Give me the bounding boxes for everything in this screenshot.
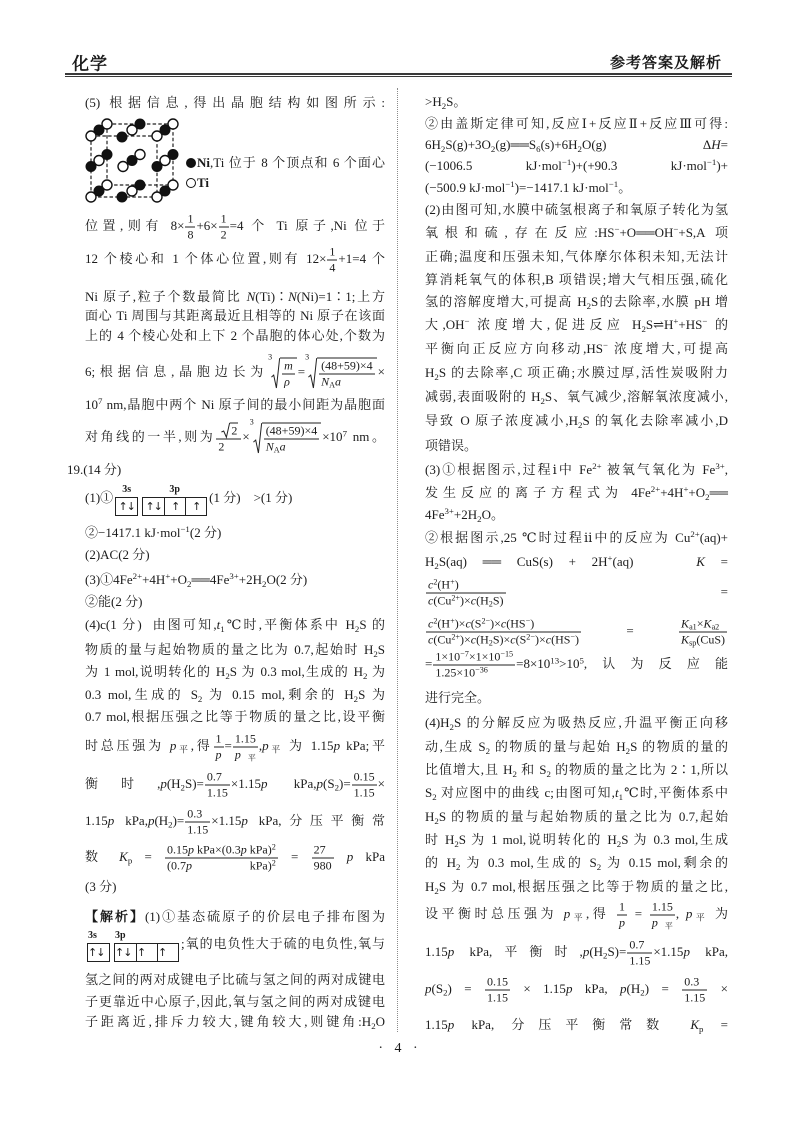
text-line: 的 H2 为 0.3 mol,生成的 S2 为 0.15 mol,剩余的 bbox=[425, 855, 728, 871]
math-variable: p bbox=[619, 916, 625, 930]
text-run: S 为 0.3 mol,生成的 H bbox=[230, 664, 363, 679]
text-run: (H bbox=[627, 981, 641, 996]
text-run: × 1.15 bbox=[511, 981, 566, 996]
text-run: 1 bbox=[187, 212, 193, 226]
ti-atom bbox=[127, 186, 137, 196]
text-run: 1.15 bbox=[487, 991, 508, 1005]
text-run: = bbox=[582, 623, 678, 638]
denominator: 4 bbox=[327, 261, 337, 275]
text-line: H2S(aq) ══ CuS(s) + 2H+(aq) K = bbox=[425, 554, 728, 570]
numerator: 0.15p kPa×(0.3p kPa)2 bbox=[165, 844, 278, 859]
fraction: 1.15p平 bbox=[233, 733, 258, 762]
text-run: 导致 O 原子浓度减小,H bbox=[425, 413, 578, 428]
math-variable: N bbox=[288, 289, 297, 304]
text-line: 正确;温度和压强未知,气体摩尔体积未知,无法计 bbox=[425, 249, 728, 265]
subscript: 2 bbox=[335, 783, 339, 793]
subscript: 2 bbox=[489, 600, 493, 609]
subscript: 2 bbox=[434, 372, 438, 382]
text-run: × bbox=[697, 617, 704, 631]
radical-sign-icon bbox=[221, 423, 230, 438]
denominator: Ksp(CuS) bbox=[679, 633, 727, 647]
text-line: 6;根据信息,晶胞边长为3mρ=3(48+59)×4NAa× bbox=[85, 358, 385, 389]
text-run: O。 bbox=[482, 507, 504, 522]
math-variable: H bbox=[711, 137, 720, 152]
text-run: ℃时,平衡体系中 H bbox=[225, 617, 355, 632]
numerator: 1.15 bbox=[650, 901, 675, 916]
text-line: 6H2S(g)+3O2(g)══S6(s)+6H2O(g) ΔH= bbox=[425, 137, 728, 153]
superscript: − bbox=[673, 224, 678, 234]
subscript: 1 bbox=[619, 792, 623, 802]
ti-atom bbox=[86, 192, 96, 202]
text-run: = bbox=[628, 906, 649, 921]
subscript: 平 bbox=[241, 754, 256, 763]
text-run: (s)+6H bbox=[541, 137, 578, 152]
text-run: +O bbox=[688, 485, 705, 500]
text-run: (0.7 bbox=[167, 859, 186, 873]
math-variable: m bbox=[284, 359, 293, 373]
text-run: 平衡向正反应方向移动,HS bbox=[425, 341, 603, 356]
numerator: 1.15 bbox=[233, 733, 258, 748]
text-run: +O bbox=[170, 572, 187, 587]
text-run: (3)①根据图示,过程ⅰ中 Fe bbox=[425, 462, 592, 477]
text-line: 发生反应的离子方程式为 4Fe2++4H++O2══ bbox=[425, 485, 728, 501]
subscript: 2 bbox=[640, 988, 644, 998]
text-run: ×1.15 bbox=[653, 944, 683, 959]
subscript: A bbox=[329, 381, 335, 390]
superscript: 2− bbox=[481, 616, 490, 625]
subscript: 1 bbox=[220, 624, 224, 634]
text-line: (4)c(1 分) 由图可知,t1℃时,平衡体系中 H2S 的 bbox=[85, 617, 385, 633]
text-run: 的 H bbox=[425, 855, 456, 870]
text-run: kPa,分压平衡常 bbox=[248, 813, 385, 828]
text-run: ℃时,平衡体系中 bbox=[623, 785, 728, 800]
math-variable: p bbox=[262, 738, 269, 753]
orbital-group: 3p↑↓↑↑ bbox=[142, 497, 207, 516]
superscript: + bbox=[165, 571, 170, 581]
orbital-box: ↑↓ bbox=[143, 498, 164, 515]
text-run: )× bbox=[490, 617, 501, 631]
numerator: Ka1×Ka2 bbox=[679, 618, 727, 633]
text-run: kPa, 分压平衡常数 bbox=[454, 1017, 690, 1032]
text-run: 1.15 bbox=[425, 1017, 448, 1032]
text-run: ) bbox=[530, 617, 534, 631]
text-run: ) bbox=[575, 633, 579, 647]
text-run: S)= bbox=[185, 776, 204, 791]
text-run: 位置,则有 8× bbox=[85, 218, 184, 233]
text-line: 4Fe3++2H2O。 bbox=[425, 507, 728, 523]
text-run: )= bbox=[173, 813, 185, 828]
orbital-label: 3s bbox=[116, 484, 137, 495]
text-run: × bbox=[242, 429, 249, 444]
text-run: +S,A 项 bbox=[678, 225, 728, 240]
text-run: = bbox=[279, 849, 311, 864]
subscript: 2 bbox=[454, 839, 458, 849]
filled-circle-icon bbox=[186, 158, 196, 168]
ni-atom bbox=[117, 132, 127, 142]
text-line: (4)H2S 的分解反应为吸热反应,升温平衡正向移 bbox=[425, 715, 728, 731]
text-run: S 的物质的量的 bbox=[630, 739, 728, 754]
text-run: 1.15 bbox=[85, 813, 108, 828]
text-run: (4)H bbox=[425, 715, 450, 730]
text-line: 对角线的一半,则为22×3(48+59)×4NAa×107 nm。 bbox=[85, 423, 385, 454]
denominator: c(Cu2+)×c(H2S)×c(S2−)×c(HS−) bbox=[426, 633, 581, 647]
root-index: 3 bbox=[305, 354, 309, 362]
text-run: (48+59)×4 bbox=[266, 424, 318, 438]
equation-line: c2(H+)c(Cu2+)×c(H2S) = bbox=[425, 579, 728, 608]
text-run: 0.7 bbox=[207, 770, 222, 784]
text-run: ,认为反应能 bbox=[584, 656, 728, 671]
denominator: 1.15 bbox=[682, 991, 707, 1005]
text-run: 为 bbox=[367, 664, 385, 679]
subscript: 2 bbox=[262, 579, 266, 589]
denominator: NAa bbox=[319, 375, 375, 389]
text-run: Ni 原子,粒子个数最简比 bbox=[85, 289, 247, 304]
orbital-diagram: 3s↑↓3p↑↓↑↑ bbox=[115, 497, 207, 516]
text-run: 8 bbox=[187, 228, 193, 242]
text-run: (1)①基态硫原子的价层电子排布图为 bbox=[145, 909, 385, 924]
text-line: 107 nm,晶胞中两个 Ni 原子间的最小间距为晶胞面 bbox=[85, 397, 385, 413]
numerator: 1 bbox=[219, 213, 229, 228]
text-run: 为 1.15 bbox=[283, 738, 334, 753]
square-root: 2 bbox=[221, 423, 238, 438]
text-run: = bbox=[507, 584, 728, 599]
superscript: 3+ bbox=[715, 461, 724, 471]
orbital-label: 3s bbox=[88, 930, 109, 941]
text-run: 。 bbox=[618, 180, 631, 195]
equation-line: =1×10−7×1×10−151.25×10−36=8×1013>105,认为反… bbox=[425, 651, 728, 680]
math-variable: K bbox=[681, 633, 689, 647]
fraction: 0.71.15 bbox=[627, 939, 652, 968]
text-run: 1.15 bbox=[425, 944, 448, 959]
page-number: · 4 · bbox=[0, 1041, 800, 1057]
superscript: 2+ bbox=[592, 461, 601, 471]
answer-line: (1)①3s↑↓3p↑↓↑↑(1 分) >(1 分) bbox=[85, 490, 385, 516]
text-run: 为 0.3 mol,生成的 S bbox=[460, 855, 596, 870]
text-run: 为 0.15 mol,剩余的 bbox=[601, 855, 728, 870]
numerator: 2 bbox=[216, 423, 241, 440]
text-run: (Ti)∶ bbox=[255, 289, 288, 304]
text-run: (1)① bbox=[85, 490, 113, 505]
radical-sign-icon bbox=[271, 358, 280, 389]
text-run: 1 bbox=[216, 732, 222, 746]
ti-atom bbox=[152, 192, 162, 202]
orbital-box: ↑ bbox=[164, 498, 185, 515]
text-run: 4 bbox=[329, 261, 335, 275]
superscript: −1 bbox=[609, 179, 618, 189]
subscript: 2 bbox=[513, 769, 517, 779]
denominator: 1.25×10−36 bbox=[433, 666, 515, 680]
analysis-heading: 【解析】(1)①基态硫原子的价层电子排布图为 bbox=[85, 909, 385, 925]
math-variable: p bbox=[216, 748, 222, 762]
text-run: 10 bbox=[85, 397, 98, 412]
text-line: 动,生成 S2 的物质的量与起始 H2S 的物质的量的 bbox=[425, 739, 728, 755]
text-run: × bbox=[708, 981, 728, 996]
text-run: kPa) bbox=[192, 859, 272, 873]
text-run: 0.15 bbox=[167, 843, 188, 857]
subscript: 2 bbox=[491, 144, 495, 154]
text-line: 氢的溶解度增大,可提高 H2S的去除率,水膜 pH 增 bbox=[425, 294, 728, 310]
text-run: ) = bbox=[447, 981, 484, 996]
denominator: c(Cu2+)×c(H2S) bbox=[426, 594, 506, 608]
subscript: 2 bbox=[578, 144, 582, 154]
subscript: 2 bbox=[181, 783, 185, 793]
text-run: ,得 bbox=[191, 738, 213, 753]
text-run: 浓度增大,促进反应 H bbox=[469, 317, 641, 332]
text-run: +2H bbox=[454, 507, 477, 522]
fraction: 1p bbox=[617, 901, 627, 930]
text-line: 时总压强为 p平,得1p=1.15p平,p平 为 1.15p kPa;平 bbox=[85, 733, 385, 762]
text-line: 1.15p kPa, 分压平衡常数 Kp = bbox=[425, 1017, 728, 1033]
text-run: , bbox=[676, 906, 686, 921]
radicand: 2 bbox=[230, 423, 238, 438]
radicand: (48+59)×4NAa bbox=[317, 358, 377, 389]
text-run: S、氧气减少,溶解氧浓度减小, bbox=[545, 389, 728, 404]
math-variable: K bbox=[696, 554, 705, 569]
ti-atom bbox=[118, 162, 128, 172]
numerator: 1 bbox=[185, 213, 195, 228]
answer-line: ②能(2 分) bbox=[85, 594, 385, 610]
text-run: S bbox=[378, 642, 385, 657]
text-run: S(aq) ══ CuS(s) + 2H bbox=[439, 554, 608, 569]
superscript: −1 bbox=[562, 157, 571, 167]
text-line: 面心 Ti 周围与其距离最近且相等的 Ni 原子在该面 bbox=[85, 308, 385, 324]
open-circle-icon bbox=[186, 178, 196, 188]
text-run: )× bbox=[460, 594, 471, 608]
text-run: 时总压强为 bbox=[85, 738, 170, 753]
question-heading: 19.(14 分) bbox=[67, 462, 121, 478]
text-run: 的物质的量之比为 2∶1,所以 bbox=[551, 762, 728, 777]
text-run: kPa) bbox=[247, 843, 272, 857]
superscript: − bbox=[464, 316, 469, 326]
numerator: 27 bbox=[312, 844, 334, 859]
subscript: 平 bbox=[570, 913, 586, 923]
text-line: ②由盖斯定律可知,反应Ⅰ+反应Ⅱ+反应Ⅲ可得: bbox=[425, 116, 728, 132]
equation-line: c2(H+)×c(S2−)×c(HS−)c(Cu2+)×c(H2S)×c(S2−… bbox=[425, 618, 728, 647]
text-run: 1 bbox=[619, 900, 625, 914]
denominator: 1.15 bbox=[185, 823, 210, 837]
bold-text: Ti bbox=[197, 175, 209, 190]
text-run: 对应图中的曲线 c;由图可知, bbox=[437, 785, 615, 800]
orbital-box: ↑ bbox=[185, 498, 206, 515]
text-run: (S bbox=[471, 617, 482, 631]
superscript: 2+ bbox=[451, 632, 460, 641]
superscript: −1 bbox=[505, 179, 514, 189]
text-run: +HS bbox=[678, 317, 702, 332]
text-line: 3s↑↓3p↑↓↑↑;氧的电负性大于硫的电负性,氧与 bbox=[85, 936, 385, 962]
legend-ni: Ni,Ti 位于 8 个顶点和 6 个面心 bbox=[186, 155, 385, 171]
superscript: 3+ bbox=[445, 506, 454, 516]
text-line: H2S 的去除率,C 项正确;水膜过厚,活性炭吸附力 bbox=[425, 365, 728, 381]
text-run: H bbox=[425, 554, 434, 569]
text-run: S(g)+3O bbox=[445, 137, 491, 152]
text-line: 设平衡时总压强为 p平,得 1p = 1.15p平, p平 为 bbox=[425, 901, 728, 930]
text-run: 980 bbox=[314, 859, 332, 873]
text-run: nm。 bbox=[347, 429, 385, 444]
text-run: 12 个棱心和 1 个体心位置,则有 12× bbox=[85, 251, 326, 266]
subscript: 2 bbox=[540, 396, 544, 406]
text-run: S 为 1 mol,说明转化的 H bbox=[459, 832, 617, 847]
text-run: 1 bbox=[329, 245, 335, 259]
text-line: 平衡向正反应方向移动,HS− 浓度增大,可提高 bbox=[425, 341, 728, 357]
text-line: 子更靠近中心原子,因此,氧与氢之间的两对成键电 bbox=[85, 994, 385, 1010]
fraction: 12 bbox=[219, 213, 229, 242]
text-run: 的物质的量与起始 H bbox=[490, 739, 626, 754]
text-run: =8×10 bbox=[516, 656, 550, 671]
text-run: H bbox=[425, 365, 434, 380]
superscript: −7 bbox=[460, 649, 469, 658]
subscript: 2 bbox=[434, 561, 438, 571]
text-run: 0.3 mol,生成的 S bbox=[85, 687, 198, 702]
subscript: 2 bbox=[705, 492, 709, 502]
denominator: p bbox=[617, 916, 627, 930]
math-variable: N bbox=[321, 375, 329, 389]
text-run: 比值增大,且 H bbox=[425, 762, 513, 777]
text-line: S2 对应图中的曲线 c;由图可知,t1℃时,平衡体系中 bbox=[425, 785, 728, 801]
superscript: + bbox=[450, 577, 455, 586]
text-line: 12 个棱心和 1 个体心位置,则有 12×14+1=4 个 bbox=[85, 246, 385, 275]
subscript: 2 bbox=[434, 886, 438, 896]
fraction: 0.15p kPa×(0.3p kPa)2(0.7p kPa)2 bbox=[165, 844, 278, 873]
text-run: 的 bbox=[707, 317, 728, 332]
superscript: − bbox=[526, 616, 531, 625]
superscript: −15 bbox=[500, 649, 513, 658]
text-line: 0.3 mol,生成的 S2 为 0.15 mol,剩余的 H2S 为 bbox=[85, 687, 385, 703]
text-run: 0.15 bbox=[354, 770, 375, 784]
denominator: NAa bbox=[264, 440, 320, 454]
text-run: 浓度增大,可提高 bbox=[608, 341, 728, 356]
text-run: ×10 bbox=[322, 429, 342, 444]
superscript: 2 bbox=[272, 858, 276, 867]
numerator: 0.3 bbox=[682, 976, 707, 991]
fraction: 0.151.15 bbox=[485, 976, 510, 1005]
text-line: (2)由图可知,水膜中硫氢根离子和氧原子转化为氢 bbox=[425, 202, 728, 218]
subscript: 平 bbox=[176, 745, 190, 755]
subscript: p bbox=[699, 1024, 703, 1034]
text-run: 1.15 bbox=[207, 786, 228, 800]
text-run: (CuS) bbox=[696, 633, 725, 647]
text-run: ══4Fe bbox=[191, 572, 229, 587]
text-line: p(S2) = 0.151.15 × 1.15p kPa, p(H2) = 0.… bbox=[425, 976, 728, 1005]
text-run: H bbox=[425, 809, 434, 824]
math-variable: p bbox=[235, 748, 241, 762]
numerator: 0.15 bbox=[352, 771, 377, 786]
superscript: 2 bbox=[433, 577, 437, 586]
numerator: 0.15 bbox=[485, 976, 510, 991]
text-run: (H bbox=[476, 633, 489, 647]
subscript: A bbox=[274, 446, 280, 455]
text-line: 子距离近,排斥力较大,键角较大,则键角:H2O bbox=[85, 1014, 385, 1030]
text-line: 为 1 mol,说明转化的 H2S 为 0.3 mol,生成的 H2 为 bbox=[85, 664, 385, 680]
text-run: 1.15 bbox=[629, 954, 650, 968]
numerator: 0.7 bbox=[627, 939, 652, 954]
text-run: 1.15 bbox=[684, 991, 705, 1005]
superscript: + bbox=[683, 484, 688, 494]
orbital-box: ↑↓ bbox=[115, 944, 136, 961]
superscript: 2+ bbox=[690, 529, 699, 539]
text-run: (H bbox=[167, 776, 181, 791]
text-run: (H bbox=[589, 944, 603, 959]
fraction: 27980 bbox=[312, 844, 334, 873]
fraction: (48+59)×4NAa bbox=[319, 360, 375, 389]
numerator: c2(H+)×c(S2−)×c(HS−) bbox=[426, 618, 581, 633]
superscript: 2 bbox=[272, 842, 276, 851]
math-variable: a bbox=[335, 375, 341, 389]
orbital-label: 3p bbox=[115, 930, 178, 941]
fraction: 0.151.15 bbox=[352, 771, 377, 800]
text-run: (2 分) bbox=[190, 525, 221, 540]
text-line: (−1006.5 kJ·mol−1)+(+90.3 kJ·mol−1)+ bbox=[425, 158, 728, 174]
text-run: = bbox=[132, 849, 164, 864]
text-run: 1.15 bbox=[187, 823, 208, 837]
subscript: 2 bbox=[363, 671, 367, 681]
text-run: 1.15 bbox=[652, 900, 673, 914]
text-run: 发生反应的离子方程式为 4Fe bbox=[425, 485, 651, 500]
subscript: 2 bbox=[168, 820, 172, 830]
text-line: ②根据图示,25 ℃时过程ⅱ中的反应为 Cu2+(aq)+ bbox=[425, 530, 728, 546]
text-run: (H bbox=[154, 813, 168, 828]
subscript: 2 bbox=[641, 324, 645, 334]
ni-atom bbox=[152, 162, 162, 172]
crystal-structure-diagram bbox=[80, 115, 185, 207]
text-line: 上的 4 个棱心处和上下 2 个晶胞的体心处,个数为 bbox=[85, 328, 385, 344]
denominator: 1.15 bbox=[485, 991, 510, 1005]
subscript: 2 bbox=[434, 816, 438, 826]
fraction: Ka1×Ka2Ksp(CuS) bbox=[679, 618, 727, 647]
subscript: 2 bbox=[373, 649, 377, 659]
bold-text: Ni bbox=[197, 155, 210, 170]
text-run: ) bbox=[455, 578, 459, 592]
fraction: 0.31.15 bbox=[185, 808, 210, 837]
text-run: 4Fe bbox=[425, 507, 445, 522]
header-rule bbox=[65, 73, 732, 77]
subscript: sp bbox=[689, 639, 696, 648]
text-line: (5) 根据信息,得出晶胞结构如图所示: bbox=[85, 95, 385, 111]
text-run: +2H bbox=[239, 572, 262, 587]
radicand: (48+59)×4NAa bbox=[262, 423, 322, 454]
text-run: O bbox=[376, 1014, 385, 1029]
text-run: ;氧的电负性大于硫的电负性,氧与 bbox=[181, 936, 385, 951]
text-run: 被氧气氧化为 Fe bbox=[602, 462, 716, 477]
text-line: 算消耗氧气的体积,B 项错误;增大气相压强,硫化 bbox=[425, 272, 728, 288]
denominator: 2 bbox=[216, 440, 241, 454]
subscript: 2 bbox=[198, 694, 202, 704]
text-run: +4H bbox=[142, 572, 165, 587]
fraction: (48+59)×4NAa bbox=[264, 425, 320, 454]
text-run: (g)══S bbox=[495, 137, 536, 152]
text-run: 物质的量与起始物质的量之比为 0.7,起始时 H bbox=[85, 642, 373, 657]
answer-line: (2)AC(2 分) bbox=[85, 547, 385, 563]
text-run: S 的 bbox=[359, 617, 385, 632]
text-run: >10 bbox=[559, 656, 579, 671]
text-run: S 的物质的量与起始物质的量之比为 0.7,起始 bbox=[439, 809, 728, 824]
superscript: + bbox=[450, 616, 455, 625]
subscript: 2 bbox=[477, 514, 481, 524]
numerator: 1×10−7×1×10−15 bbox=[433, 651, 515, 666]
text-line: 大,OH− 浓度增大,促进反应 H2S⇌H++HS− 的 bbox=[425, 317, 728, 333]
text-run: = bbox=[298, 364, 305, 379]
orbital-label: 3p bbox=[143, 484, 206, 495]
ni-atom bbox=[117, 192, 127, 202]
text-run: 0.3 bbox=[187, 807, 202, 821]
text-line: 数 Kp = 0.15p kPa×(0.3p kPa)2(0.7p kPa)2 … bbox=[85, 844, 385, 873]
numerator: 0.7 bbox=[205, 771, 230, 786]
subscript: 2 bbox=[371, 1021, 375, 1031]
radical-sign-icon bbox=[253, 423, 262, 454]
text-line: 位置,则有 8×18+6×12=4 个 Ti 原子,Ni 位于 bbox=[85, 213, 385, 242]
cube-root: 3mρ bbox=[271, 358, 297, 389]
ni-atom bbox=[86, 162, 96, 172]
text-run: ×1.15 bbox=[231, 776, 261, 791]
